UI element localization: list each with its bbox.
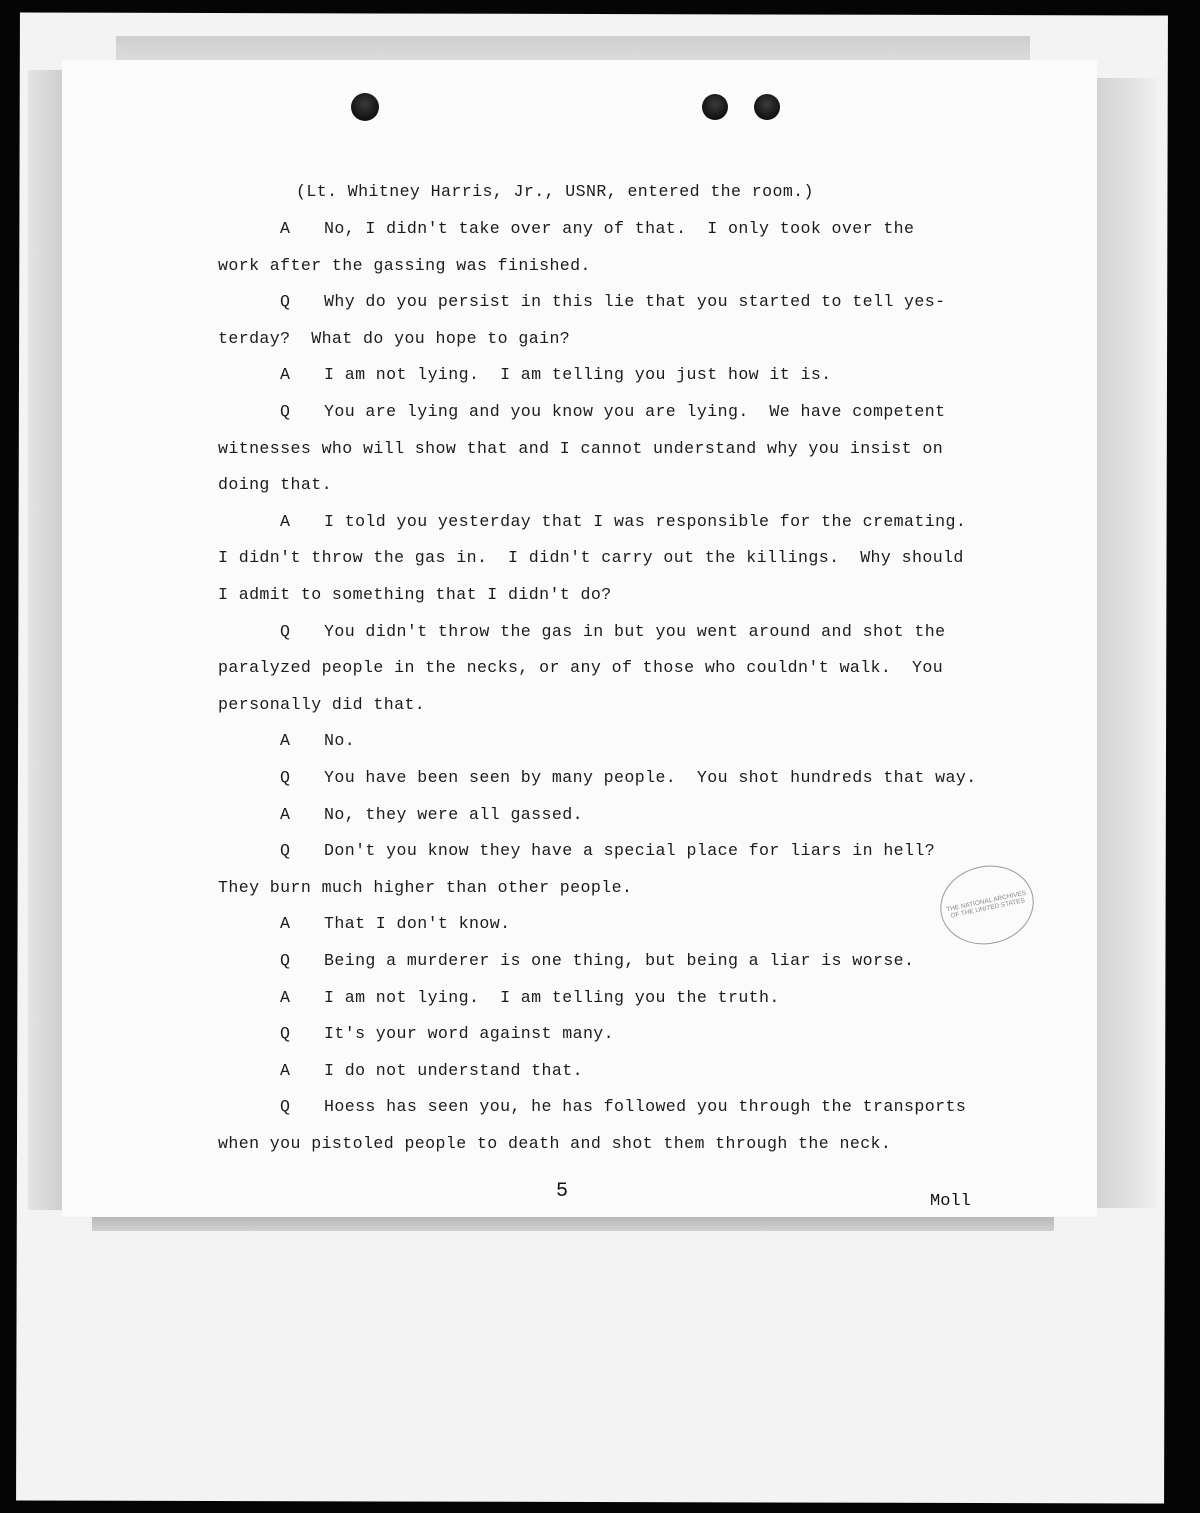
line-text: I admit to something that I didn't do? (218, 585, 612, 604)
transcript-line-q: QYou are lying and you know you are lyin… (280, 402, 945, 421)
punch-hole-icon (702, 94, 728, 120)
speaker-label: Q (280, 622, 324, 641)
line-text: It's your word against many. (324, 1024, 614, 1043)
transcript-line-q: QYou didn't throw the gas in but you wen… (280, 622, 945, 641)
page-number: 5 (556, 1180, 568, 1203)
line-text: You have been seen by many people. You s… (324, 768, 977, 787)
line-text: I do not understand that. (324, 1061, 583, 1080)
line-text: witnesses who will show that and I canno… (218, 439, 943, 458)
transcript-line-continuation: They burn much higher than other people. (218, 878, 632, 897)
transcript-line-a: AThat I don't know. (280, 914, 510, 933)
line-text: Being a murderer is one thing, but being… (324, 951, 914, 970)
transcript-line-continuation: I didn't throw the gas in. I didn't carr… (218, 548, 964, 567)
transcript-line-q: QIt's your word against many. (280, 1024, 614, 1043)
speaker-label: A (280, 365, 324, 384)
speaker-label: Q (280, 1024, 324, 1043)
speaker-label: Q (280, 1097, 324, 1116)
scan-shadow-left (28, 70, 62, 1210)
line-text: They burn much higher than other people. (218, 878, 632, 897)
transcript-line-q: QWhy do you persist in this lie that you… (280, 292, 945, 311)
transcript-line-continuation: doing that. (218, 475, 332, 494)
speaker-label: A (280, 988, 324, 1007)
transcript-line-a: AI am not lying. I am telling you the tr… (280, 988, 780, 1007)
punch-hole-icon (754, 94, 780, 120)
line-text: You didn't throw the gas in but you went… (324, 622, 945, 641)
transcript-line-q: QHoess has seen you, he has followed you… (280, 1097, 966, 1116)
scan-shadow-right (1097, 78, 1157, 1208)
line-text: paralyzed people in the necks, or any of… (218, 658, 943, 677)
line-text: I didn't throw the gas in. I didn't carr… (218, 548, 964, 567)
transcript-line-continuation: witnesses who will show that and I canno… (218, 439, 943, 458)
line-text: I am not lying. I am telling you just ho… (324, 365, 832, 384)
stage-direction: (Lt. Whitney Harris, Jr., USNR, entered … (296, 182, 814, 201)
line-text: I told you yesterday that I was responsi… (324, 512, 966, 531)
transcript-line-a: ANo, they were all gassed. (280, 805, 583, 824)
transcript-line-q: QYou have been seen by many people. You … (280, 768, 977, 787)
transcript-line-a: AI do not understand that. (280, 1061, 583, 1080)
typist-initials: Moll (930, 1192, 971, 1211)
transcript-line-a: ANo, I didn't take over any of that. I o… (280, 219, 914, 238)
speaker-label: A (280, 914, 324, 933)
transcript-line-q: QDon't you know they have a special plac… (280, 841, 935, 860)
transcript-line-continuation: personally did that. (218, 695, 425, 714)
speaker-label: A (280, 512, 324, 531)
transcript-line-q: QBeing a murderer is one thing, but bein… (280, 951, 914, 970)
speaker-label: A (280, 1061, 324, 1080)
line-text: Don't you know they have a special place… (324, 841, 935, 860)
speaker-label: Q (280, 402, 324, 421)
line-text: Hoess has seen you, he has followed you … (324, 1097, 966, 1116)
line-text: work after the gassing was finished. (218, 256, 591, 275)
speaker-label: A (280, 219, 324, 238)
transcript-line-continuation: when you pistoled people to death and sh… (218, 1134, 891, 1153)
line-text: That I don't know. (324, 914, 510, 933)
line-text: You are lying and you know you are lying… (324, 402, 945, 421)
transcript-line-continuation: paralyzed people in the necks, or any of… (218, 658, 943, 677)
stamp-text: THE NATIONAL ARCHIVES OF THE UNITED STAT… (941, 889, 1034, 922)
transcript-line-a: AI am not lying. I am telling you just h… (280, 365, 832, 384)
transcript-line-continuation: work after the gassing was finished. (218, 256, 591, 275)
line-text: personally did that. (218, 695, 425, 714)
transcript-line-a: AI told you yesterday that I was respons… (280, 512, 966, 531)
speaker-label: Q (280, 841, 324, 860)
punch-hole-icon (351, 93, 379, 121)
speaker-label: A (280, 805, 324, 824)
line-text: when you pistoled people to death and sh… (218, 1134, 891, 1153)
line-text: No, I didn't take over any of that. I on… (324, 219, 914, 238)
line-text: No. (324, 731, 355, 750)
line-text: Why do you persist in this lie that you … (324, 292, 945, 311)
line-text: I am not lying. I am telling you the tru… (324, 988, 780, 1007)
line-text: No, they were all gassed. (324, 805, 583, 824)
scan-shadow-top (116, 36, 1030, 60)
transcript-line-continuation: terday? What do you hope to gain? (218, 329, 570, 348)
transcript-line-continuation: I admit to something that I didn't do? (218, 585, 612, 604)
transcript-line-a: ANo. (280, 731, 355, 750)
speaker-label: A (280, 731, 324, 750)
speaker-label: Q (280, 768, 324, 787)
line-text: doing that. (218, 475, 332, 494)
scan-shadow-bottom (92, 1217, 1054, 1231)
speaker-label: Q (280, 292, 324, 311)
speaker-label: Q (280, 951, 324, 970)
line-text: terday? What do you hope to gain? (218, 329, 570, 348)
